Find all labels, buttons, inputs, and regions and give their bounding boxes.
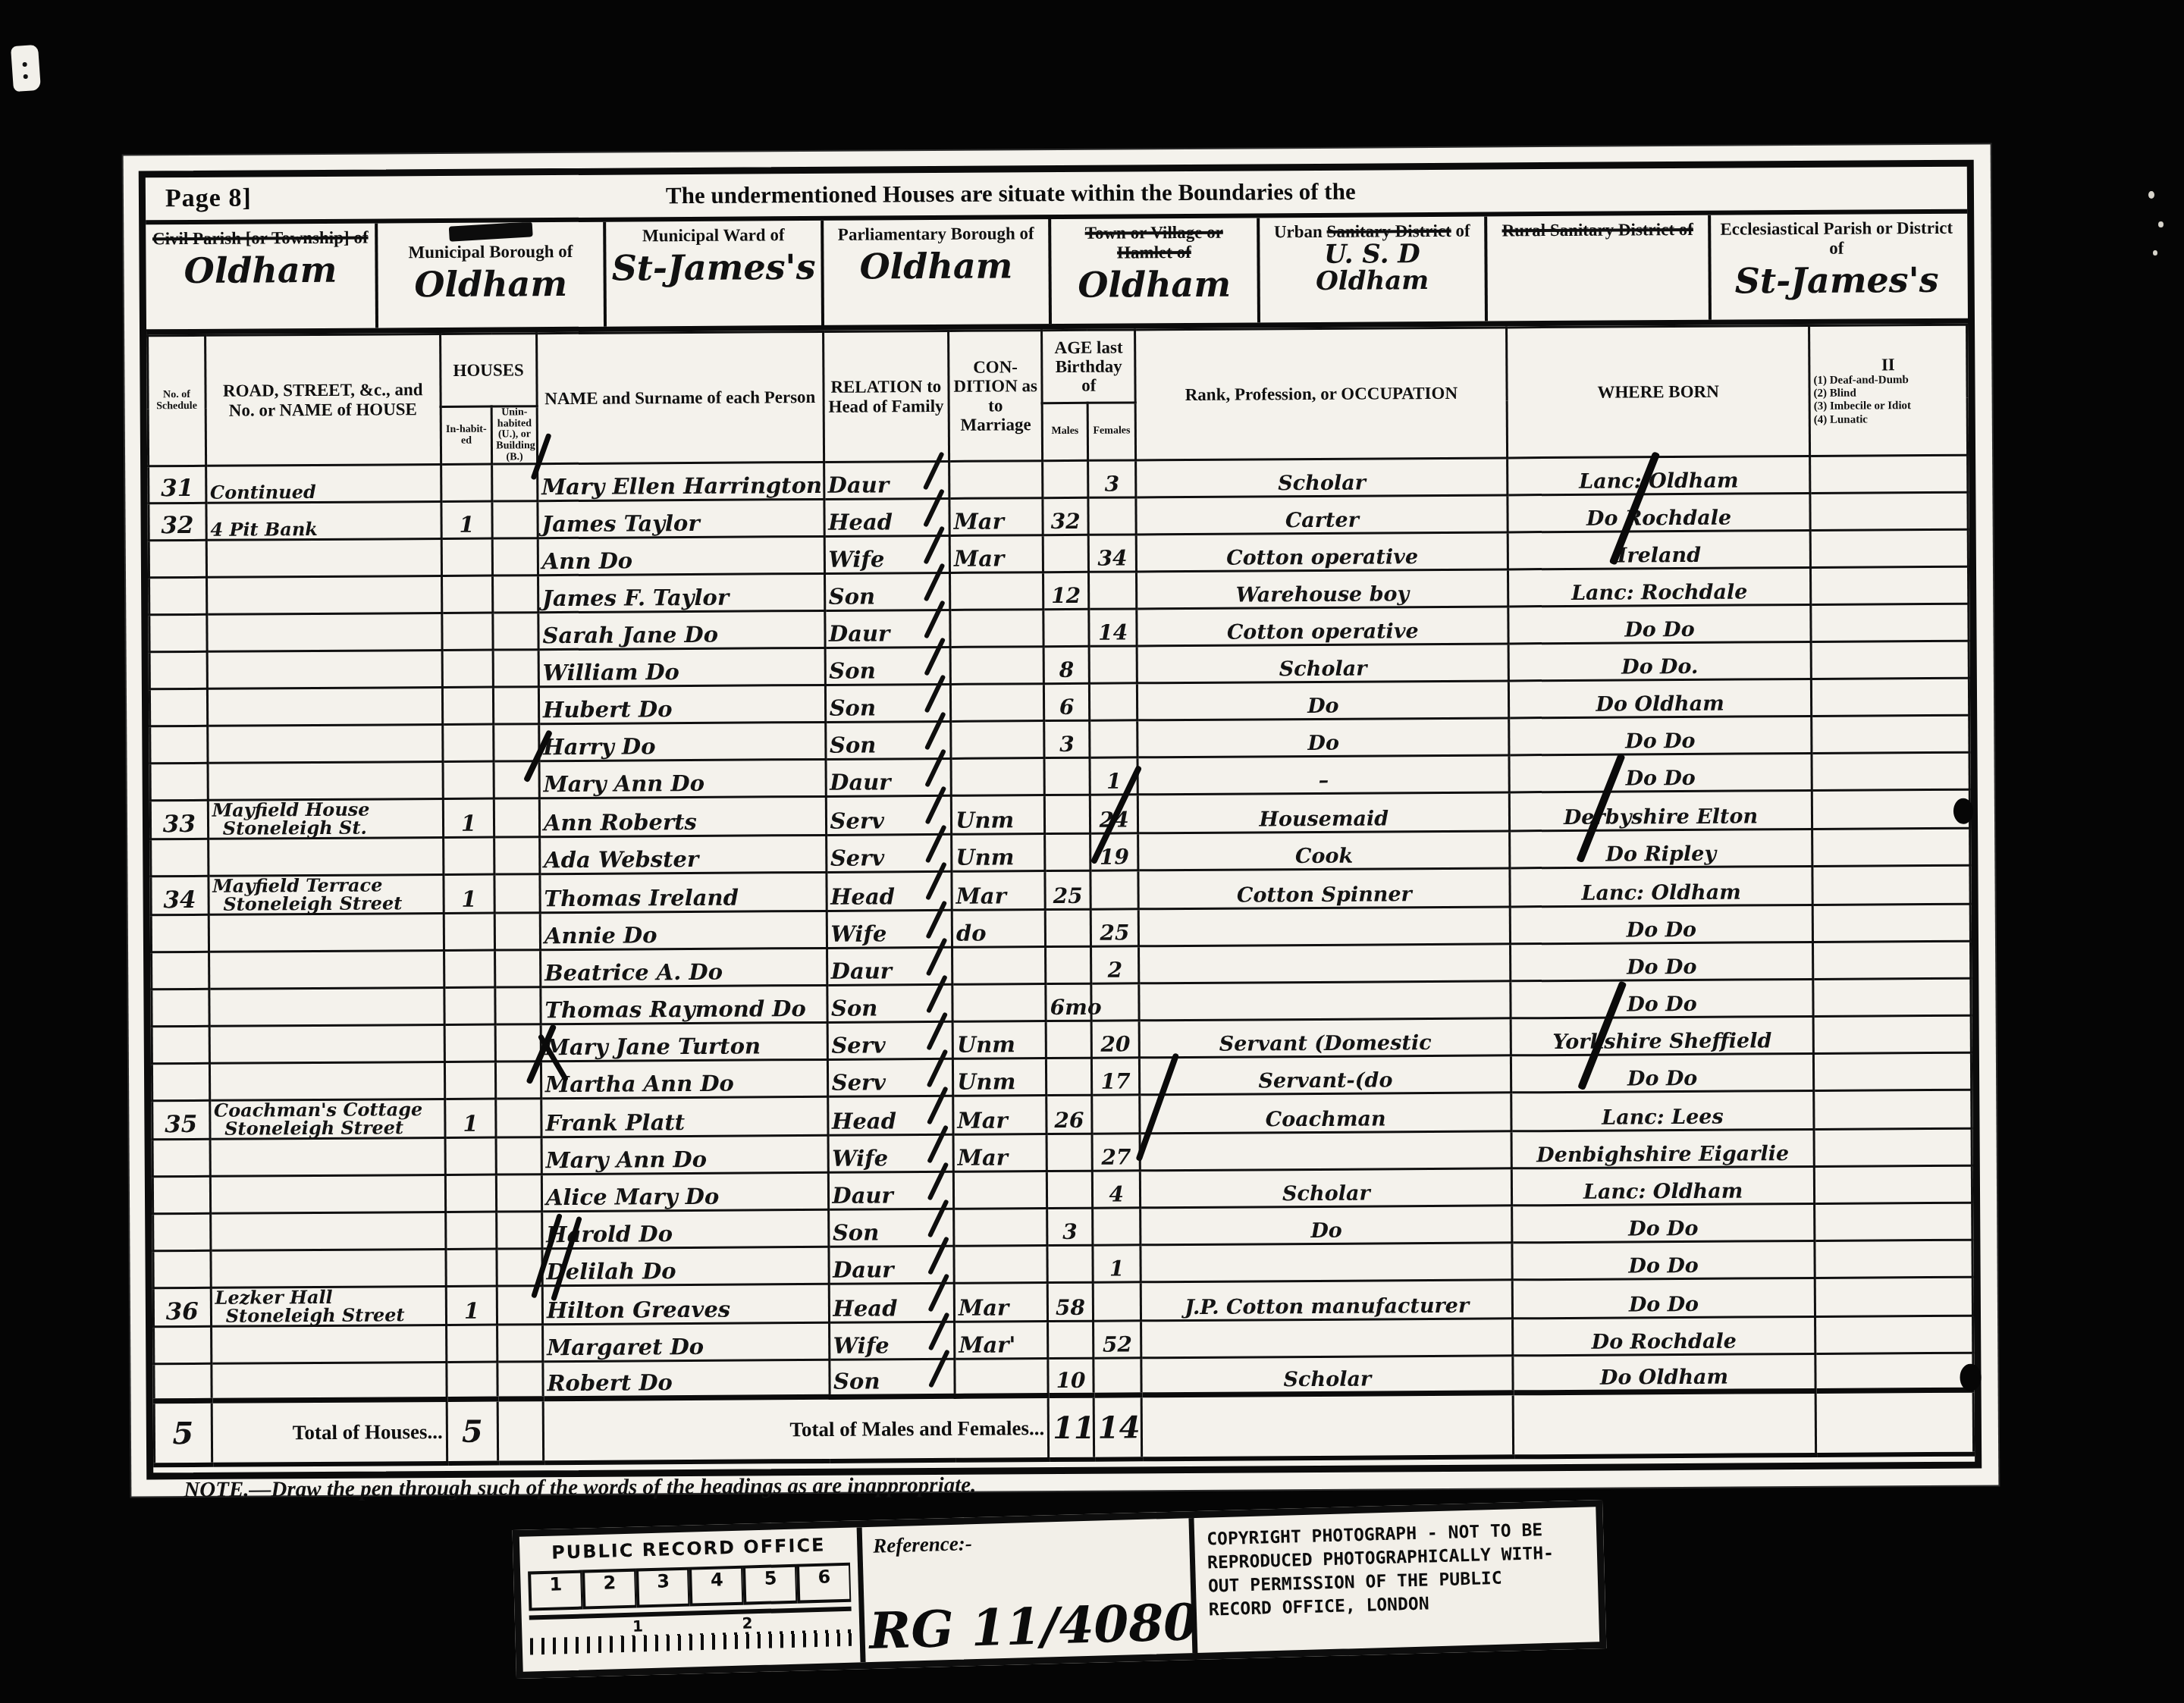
cell-condition [949, 461, 1043, 499]
totals-row: 5 Total of Houses... 5 Total of Males an… [154, 1391, 1973, 1466]
cell-name: James Taylor [538, 500, 824, 538]
cell-age_f: 1 [1093, 1245, 1141, 1282]
cell-inh [443, 762, 494, 799]
cell-infirm [1814, 1129, 1972, 1167]
cell-schedule: 34 [151, 877, 209, 915]
cell-name: Ada Webster [540, 836, 827, 874]
cell-age_m: 8 [1043, 647, 1089, 684]
cell-infirm [1812, 716, 1969, 754]
cell-street [207, 651, 442, 689]
cell-occupation: Scholar [1136, 458, 1508, 497]
cell-age_f: 25 [1090, 909, 1139, 946]
cell-street [207, 688, 442, 726]
table-head: No. ofSchedule ROAD, STREET, &c., and No… [148, 325, 1968, 466]
cell-uninh [494, 798, 540, 837]
cell-condition: Unm [953, 1058, 1046, 1096]
cell-name: Thomas Ireland [540, 873, 827, 913]
cell-inh [441, 576, 493, 613]
cell-age_f [1088, 497, 1137, 535]
cell-street: Lezker HallStoneleigh Street [211, 1287, 446, 1327]
page-blemish [1953, 798, 1973, 824]
cell-condition [950, 610, 1043, 648]
cell-name: Margaret Do [542, 1323, 829, 1362]
cell-name: Delilah Do [542, 1247, 829, 1286]
cell-name: Mary Jane Turton [541, 1023, 827, 1062]
scale-cell: 5 [742, 1564, 797, 1605]
cell-born: Lanc: Oldham [1511, 1167, 1814, 1206]
cell-age_m: 58 [1047, 1283, 1093, 1322]
reference-number: RG 11/4080 [868, 1592, 1199, 1661]
cell-uninh [495, 913, 541, 950]
cell-condition: Mar [949, 498, 1043, 536]
cell-condition [953, 1171, 1046, 1209]
cell-age_f [1089, 646, 1137, 683]
cell-born: Do Do [1508, 605, 1811, 644]
cell-uninh [493, 576, 538, 613]
cell-age_m: 12 [1043, 572, 1089, 610]
cell-name: Beatrice A. Do [540, 949, 827, 987]
cell-born: Do Oldham [1513, 1354, 1815, 1393]
district-value: Oldham [378, 262, 604, 305]
cell-age_f: 52 [1093, 1321, 1141, 1358]
cell-condition: Unm [951, 795, 1044, 835]
cell-relation: Wife [827, 911, 952, 949]
district-cell: Civil Parish [or Township] ofOldham [146, 223, 378, 329]
cell-age_f: 27 [1092, 1134, 1141, 1171]
cell-age_m [1043, 610, 1089, 647]
scan-speck [2158, 221, 2164, 227]
cell-street [211, 1250, 446, 1288]
cell-age_m: 3 [1047, 1209, 1093, 1246]
cell-age_m [1044, 758, 1090, 795]
total-females-value: 14 [1094, 1395, 1142, 1459]
cell-occupation [1139, 944, 1511, 983]
cell-uninh [495, 987, 541, 1024]
cell-age_m [1043, 461, 1088, 498]
cell-relation: Son [825, 685, 951, 723]
cell-infirm [1814, 1166, 1972, 1204]
cell-age_f [1092, 1095, 1141, 1134]
cell-infirm [1815, 1240, 1972, 1278]
total-males-value: 11 [1048, 1396, 1094, 1460]
cell-uninh [492, 464, 538, 501]
cell-condition: Mar [953, 1134, 1046, 1172]
cell-name: Hubert Do [538, 685, 825, 724]
pro-scale-box: PUBLIC RECORD OFFICE 123456 1 2 [519, 1527, 866, 1672]
cell-infirm [1812, 829, 1970, 867]
cell-age_f [1090, 720, 1138, 757]
cell-schedule [152, 1140, 210, 1177]
cell-condition: Mar [952, 871, 1045, 911]
cell-uninh [497, 1362, 543, 1399]
cell-born: Do Do [1512, 1204, 1815, 1243]
cell-uninh [493, 613, 538, 650]
cell-born: Do Oldham [1509, 679, 1812, 718]
cell-schedule: 31 [149, 466, 206, 503]
cell-street [209, 988, 444, 1027]
cell-born: Lanc: Rochdale [1508, 568, 1811, 607]
cell-born: Derbyshire Elton [1509, 791, 1812, 831]
cell-infirm [1811, 641, 1969, 679]
pro-scale-cells: 123456 [528, 1563, 851, 1611]
cell-uninh [495, 1024, 541, 1062]
film-notch [11, 45, 41, 92]
cell-age_m [1046, 1134, 1092, 1171]
cell-relation: Head [824, 499, 949, 537]
cell-born: Do Do [1511, 1054, 1814, 1093]
census-table: No. ofSchedule ROAD, STREET, &c., and No… [146, 324, 1975, 1468]
cell-condition: Mar [953, 1096, 1046, 1135]
cell-age_m: 6 [1044, 684, 1090, 721]
col-age: AGE last Birthday of [1042, 330, 1136, 403]
cell-condition [955, 1359, 1048, 1397]
scale-cell: 2 [582, 1569, 636, 1610]
cell-age_f [1092, 1208, 1141, 1245]
cell-condition [952, 984, 1046, 1022]
cell-age_m [1047, 1171, 1093, 1209]
cell-occupation: Warehouse boy [1137, 569, 1508, 609]
cell-name: Alice Mary Do [541, 1173, 828, 1212]
col-name: NAME and Surname of each Person [536, 331, 824, 464]
cell-condition [954, 1246, 1047, 1284]
scale-cell: 6 [796, 1563, 851, 1604]
cell-born: Do Ripley [1510, 830, 1812, 868]
scale-cell: 4 [689, 1566, 743, 1607]
cell-schedule: 33 [150, 801, 208, 839]
cell-condition [954, 1209, 1047, 1247]
cell-age_f [1093, 1282, 1141, 1321]
cell-name: Frank Platt [541, 1097, 828, 1137]
district-label: Municipal Borough of [378, 242, 603, 263]
cell-occupation: Do [1137, 718, 1509, 757]
cell-age_m: 32 [1043, 498, 1088, 535]
reference-label: Reference:- [873, 1526, 1179, 1558]
pro-ruler: 1 2 [529, 1607, 852, 1655]
col-relation: RELATION to Head of Family [823, 331, 949, 462]
cell-uninh [497, 1212, 542, 1249]
cell-occupation: Scholar [1137, 644, 1509, 683]
cell-occupation: J.P. Cotton manufacturer [1141, 1280, 1513, 1321]
reference-box: Reference:- RG 11/4080 [862, 1518, 1198, 1662]
cell-relation: Daur [824, 462, 949, 500]
cell-schedule [150, 726, 208, 764]
district-label: Civil Parish [or Township] of [146, 228, 375, 249]
cell-schedule: 35 [152, 1101, 210, 1140]
cell-infirm [1811, 679, 1969, 717]
cell-relation: Son [825, 722, 951, 760]
district-label: Rural Sanitary District of [1487, 220, 1708, 241]
cell-name: Mary Ann Do [541, 1136, 828, 1175]
cell-age_m [1047, 1246, 1093, 1283]
cell-inh: 1 [446, 1286, 497, 1325]
cell-relation: Wife [824, 536, 950, 574]
cell-infirm [1812, 942, 1970, 980]
cell-street [206, 576, 441, 615]
cell-infirm [1812, 905, 1970, 942]
cell-infirm [1815, 1316, 1972, 1354]
cell-street [206, 539, 441, 578]
cell-name: Harold Do [542, 1210, 829, 1249]
ink-scribble [448, 222, 532, 242]
district-cell: Municipal Ward ofSt-James's [606, 221, 824, 327]
cell-age_f: 17 [1091, 1058, 1140, 1095]
district-value: St-James's [1712, 259, 1963, 301]
cell-inh [446, 1249, 497, 1286]
cell-street [210, 1175, 445, 1214]
cell-occupation [1141, 1243, 1512, 1282]
cell-age_m [1046, 947, 1091, 984]
cell-street: Mayfield TerraceStoneleigh Street [209, 875, 444, 915]
cell-infirm [1812, 866, 1970, 905]
col-inhabited: In-habit-ed [441, 406, 492, 465]
cell-relation: Head [826, 872, 952, 911]
cell-uninh [497, 1325, 543, 1362]
cell-occupation [1139, 981, 1511, 1021]
cell-street [212, 1363, 447, 1401]
cell-infirm [1813, 1053, 1971, 1091]
cell-inh [444, 987, 496, 1024]
cell-uninh [495, 950, 541, 987]
cell-inh: 1 [444, 1099, 496, 1137]
cell-uninh [497, 1175, 542, 1212]
cell-inh [442, 725, 494, 762]
cell-inh [442, 651, 494, 688]
cell-relation: Serv [826, 835, 952, 873]
cell-condition [952, 947, 1046, 985]
cell-relation: Wife [829, 1322, 955, 1360]
cell-inh [441, 539, 493, 576]
cell-schedule [153, 1251, 211, 1288]
cell-age_f: 14 [1089, 609, 1137, 646]
cell-name: Sarah Jane Do [538, 611, 825, 650]
cell-street: Mayfield HouseStoneleigh St. [208, 799, 443, 839]
cell-born: Lanc: Oldham [1510, 867, 1812, 907]
district-value [1487, 241, 1708, 243]
cell-schedule [153, 1214, 211, 1251]
cell-schedule [152, 1064, 209, 1101]
cell-relation: Son [828, 1209, 954, 1247]
page-banner: The undermentioned Houses are situate wi… [252, 175, 1770, 212]
district-label: Town or Village or Hamlet of [1051, 222, 1257, 262]
cell-inh [445, 1175, 497, 1212]
cell-age_f: 2 [1090, 946, 1139, 983]
district-cell: Municipal Borough ofOldham [378, 222, 607, 328]
cell-age_f [1088, 572, 1137, 609]
cell-condition: Mar [949, 535, 1043, 573]
cell-name: William Do [538, 648, 825, 687]
cell-relation: Serv [826, 796, 952, 836]
cell-name: Annie Do [540, 911, 827, 950]
cell-infirm [1810, 530, 1968, 568]
cell-age_m [1048, 1322, 1094, 1359]
district-header: Civil Parish [or Township] ofOldhamMunic… [146, 214, 1968, 335]
cell-infirm [1815, 1203, 1972, 1241]
cell-relation: Serv [827, 1022, 953, 1060]
cell-uninh [493, 650, 538, 687]
cell-street [209, 914, 444, 952]
cell-relation: Daur [828, 1247, 954, 1284]
cell-occupation [1140, 1131, 1511, 1171]
scale-cell: 1 [528, 1570, 582, 1611]
cell-age_f: 34 [1088, 535, 1137, 572]
cell-inh [445, 1137, 497, 1175]
cell-age_f: 3 [1087, 460, 1136, 497]
cell-occupation: – [1137, 755, 1509, 795]
col-road: ROAD, STREET, &c., and No. or NAME of HO… [205, 334, 441, 466]
cell-infirm [1810, 456, 1968, 494]
cell-occupation: Cotton Spinner [1138, 868, 1510, 909]
cell-occupation: Carter [1136, 495, 1508, 535]
col-born: WHERE BORN [1507, 325, 1810, 458]
cell-uninh [493, 538, 538, 576]
cell-inh [442, 688, 494, 725]
cell-infirm [1813, 979, 1971, 1017]
cell-relation: Wife [828, 1135, 954, 1173]
cell-age_f: 20 [1091, 1021, 1140, 1058]
cell-uninh [496, 1137, 541, 1175]
totals-schedule: 5 [154, 1401, 212, 1465]
cell-condition: Unm [952, 834, 1045, 872]
cell-schedule [152, 989, 209, 1027]
cell-name: Mary Ann Do [539, 760, 826, 798]
census-page: Page 8] The undermentioned Houses are si… [124, 144, 1999, 1496]
cell-born: Denbighshire Eigarlie [1511, 1130, 1814, 1168]
cell-born: Lanc: Oldham [1508, 456, 1810, 495]
cell-schedule [154, 1327, 212, 1364]
cell-occupation: Scholar [1141, 1168, 1512, 1208]
cell-infirm [1810, 493, 1968, 531]
cell-occupation: Cook [1138, 831, 1510, 870]
cell-uninh [492, 501, 538, 538]
cell-born: Do Do [1510, 905, 1812, 944]
cell-infirm [1815, 1278, 1972, 1317]
district-cell: Ecclesiastical Parish or District ofSt-J… [1711, 214, 1963, 320]
cell-infirm [1812, 790, 1969, 830]
cell-inh: 1 [444, 875, 495, 914]
cell-age_f: 4 [1092, 1171, 1141, 1208]
scan-speck [2148, 191, 2154, 199]
list-line: (2) Blind [1813, 387, 1963, 400]
cell-schedule [149, 652, 207, 689]
total-houses-label: Total of Houses... [212, 1400, 447, 1465]
col-males: Males [1042, 403, 1087, 461]
cell-schedule [149, 615, 207, 652]
cell-street [210, 1138, 445, 1177]
district-value: Oldham [1260, 268, 1485, 296]
cell-occupation: Housemaid [1138, 792, 1510, 833]
total-houses-value: 5 [447, 1399, 498, 1463]
cell-name: Thomas Raymond Do [541, 986, 827, 1024]
cell-condition [950, 572, 1043, 610]
cell-occupation: Cotton operative [1137, 532, 1508, 572]
cell-born: Do Do [1512, 1241, 1815, 1280]
district-cell: Parliamentary Borough ofOldham [824, 219, 1052, 325]
cell-age_m [1045, 834, 1090, 871]
cell-street: Continued [206, 465, 441, 503]
cell-name: Ann Roberts [539, 797, 826, 837]
cell-born: Do Rochdale [1513, 1317, 1815, 1356]
district-cell: Town or Village or Hamlet ofOldham [1051, 218, 1260, 324]
cell-name: Hilton Greaves [542, 1284, 829, 1325]
cell-street [211, 1325, 446, 1364]
cell-street [209, 1025, 444, 1064]
cell-born: Do Do [1511, 942, 1813, 981]
district-value: Oldham [824, 245, 1048, 287]
cell-street: 4 Pit Bank [206, 502, 441, 541]
cell-infirm [1810, 567, 1968, 605]
list-line: (4) Lunatic [1814, 412, 1963, 426]
scanned-census-photograph: { "page": { "page_label": "Page 8]", "ba… [0, 0, 2184, 1703]
cell-schedule: 36 [153, 1288, 211, 1327]
cell-street [209, 951, 444, 989]
cell-inh [444, 913, 495, 950]
cell-condition: do [952, 910, 1045, 948]
cell-street [208, 838, 443, 877]
cell-born: Do Do [1509, 754, 1812, 792]
cell-infirm [1811, 604, 1969, 642]
cell-infirm [1813, 1016, 1971, 1054]
cell-schedule [149, 541, 206, 578]
cell-occupation: Do [1141, 1206, 1512, 1245]
col-occupation: Rank, Profession, or OCCUPATION [1135, 328, 1508, 460]
col-females: Females [1087, 403, 1136, 461]
cell-schedule [152, 1177, 210, 1214]
cell-condition: Unm [952, 1021, 1046, 1059]
cell-born: Do Do [1512, 1278, 1815, 1319]
cell-name: Martha Ann Do [541, 1060, 827, 1099]
cell-schedule [151, 839, 209, 877]
cell-inh [443, 838, 494, 875]
district-cell: Rural Sanitary District of [1487, 215, 1712, 321]
cell-condition: Mar' [955, 1322, 1048, 1360]
col-condition: CON-DITION as to Marriage [949, 331, 1043, 462]
cell-relation: Son [825, 648, 951, 685]
cell-schedule [149, 578, 207, 615]
cell-uninh [494, 724, 539, 761]
pro-stamp: PUBLIC RECORD OFFICE 123456 1 2 Referenc… [513, 1500, 1607, 1679]
cell-occupation [1141, 1319, 1513, 1358]
cell-relation: Son [827, 985, 952, 1023]
cell-relation: Daur [828, 1172, 954, 1210]
cell-infirm [1812, 753, 1969, 791]
district-label: Parliamentary Borough of [824, 224, 1048, 245]
total-males-females-label: Total of Males and Females... [543, 1396, 1049, 1463]
cell-inh [442, 613, 494, 651]
cell-street: Coachman's CottageStoneleigh Street [209, 1099, 444, 1140]
cell-uninh [496, 1099, 541, 1137]
cell-age_m: 26 [1046, 1096, 1092, 1134]
district-cell: Urban Sanitary District ofU. S. DOldham [1260, 217, 1488, 323]
cell-inh [444, 1062, 496, 1099]
cell-age_m: 3 [1044, 721, 1090, 758]
list-line: (3) Imbecile or Idiot [1814, 400, 1963, 413]
cell-relation: Daur [826, 759, 952, 797]
cell-street [209, 1062, 444, 1101]
copyright-box: COPYRIGHT PHOTOGRAPH - NOT TO BEREPRODUC… [1194, 1507, 1599, 1653]
cell-age_m [1043, 535, 1088, 572]
cell-schedule [152, 952, 209, 989]
cell-age_m: 10 [1048, 1359, 1094, 1396]
cell-relation: Daur [827, 948, 952, 986]
cell-relation: Son [829, 1360, 955, 1397]
col-uninhabited: Unin-habited (U.), or Building (B.) [491, 406, 537, 465]
cell-occupation: Servant (Domestic [1140, 1018, 1511, 1058]
cell-born: Do Rochdale [1508, 494, 1810, 532]
cell-name: Robert Do [543, 1360, 830, 1399]
district-label: Ecclesiastical Parish or District of [1711, 218, 1962, 259]
cell-born: Lanc: Lees [1511, 1091, 1814, 1131]
cell-schedule [150, 764, 208, 801]
